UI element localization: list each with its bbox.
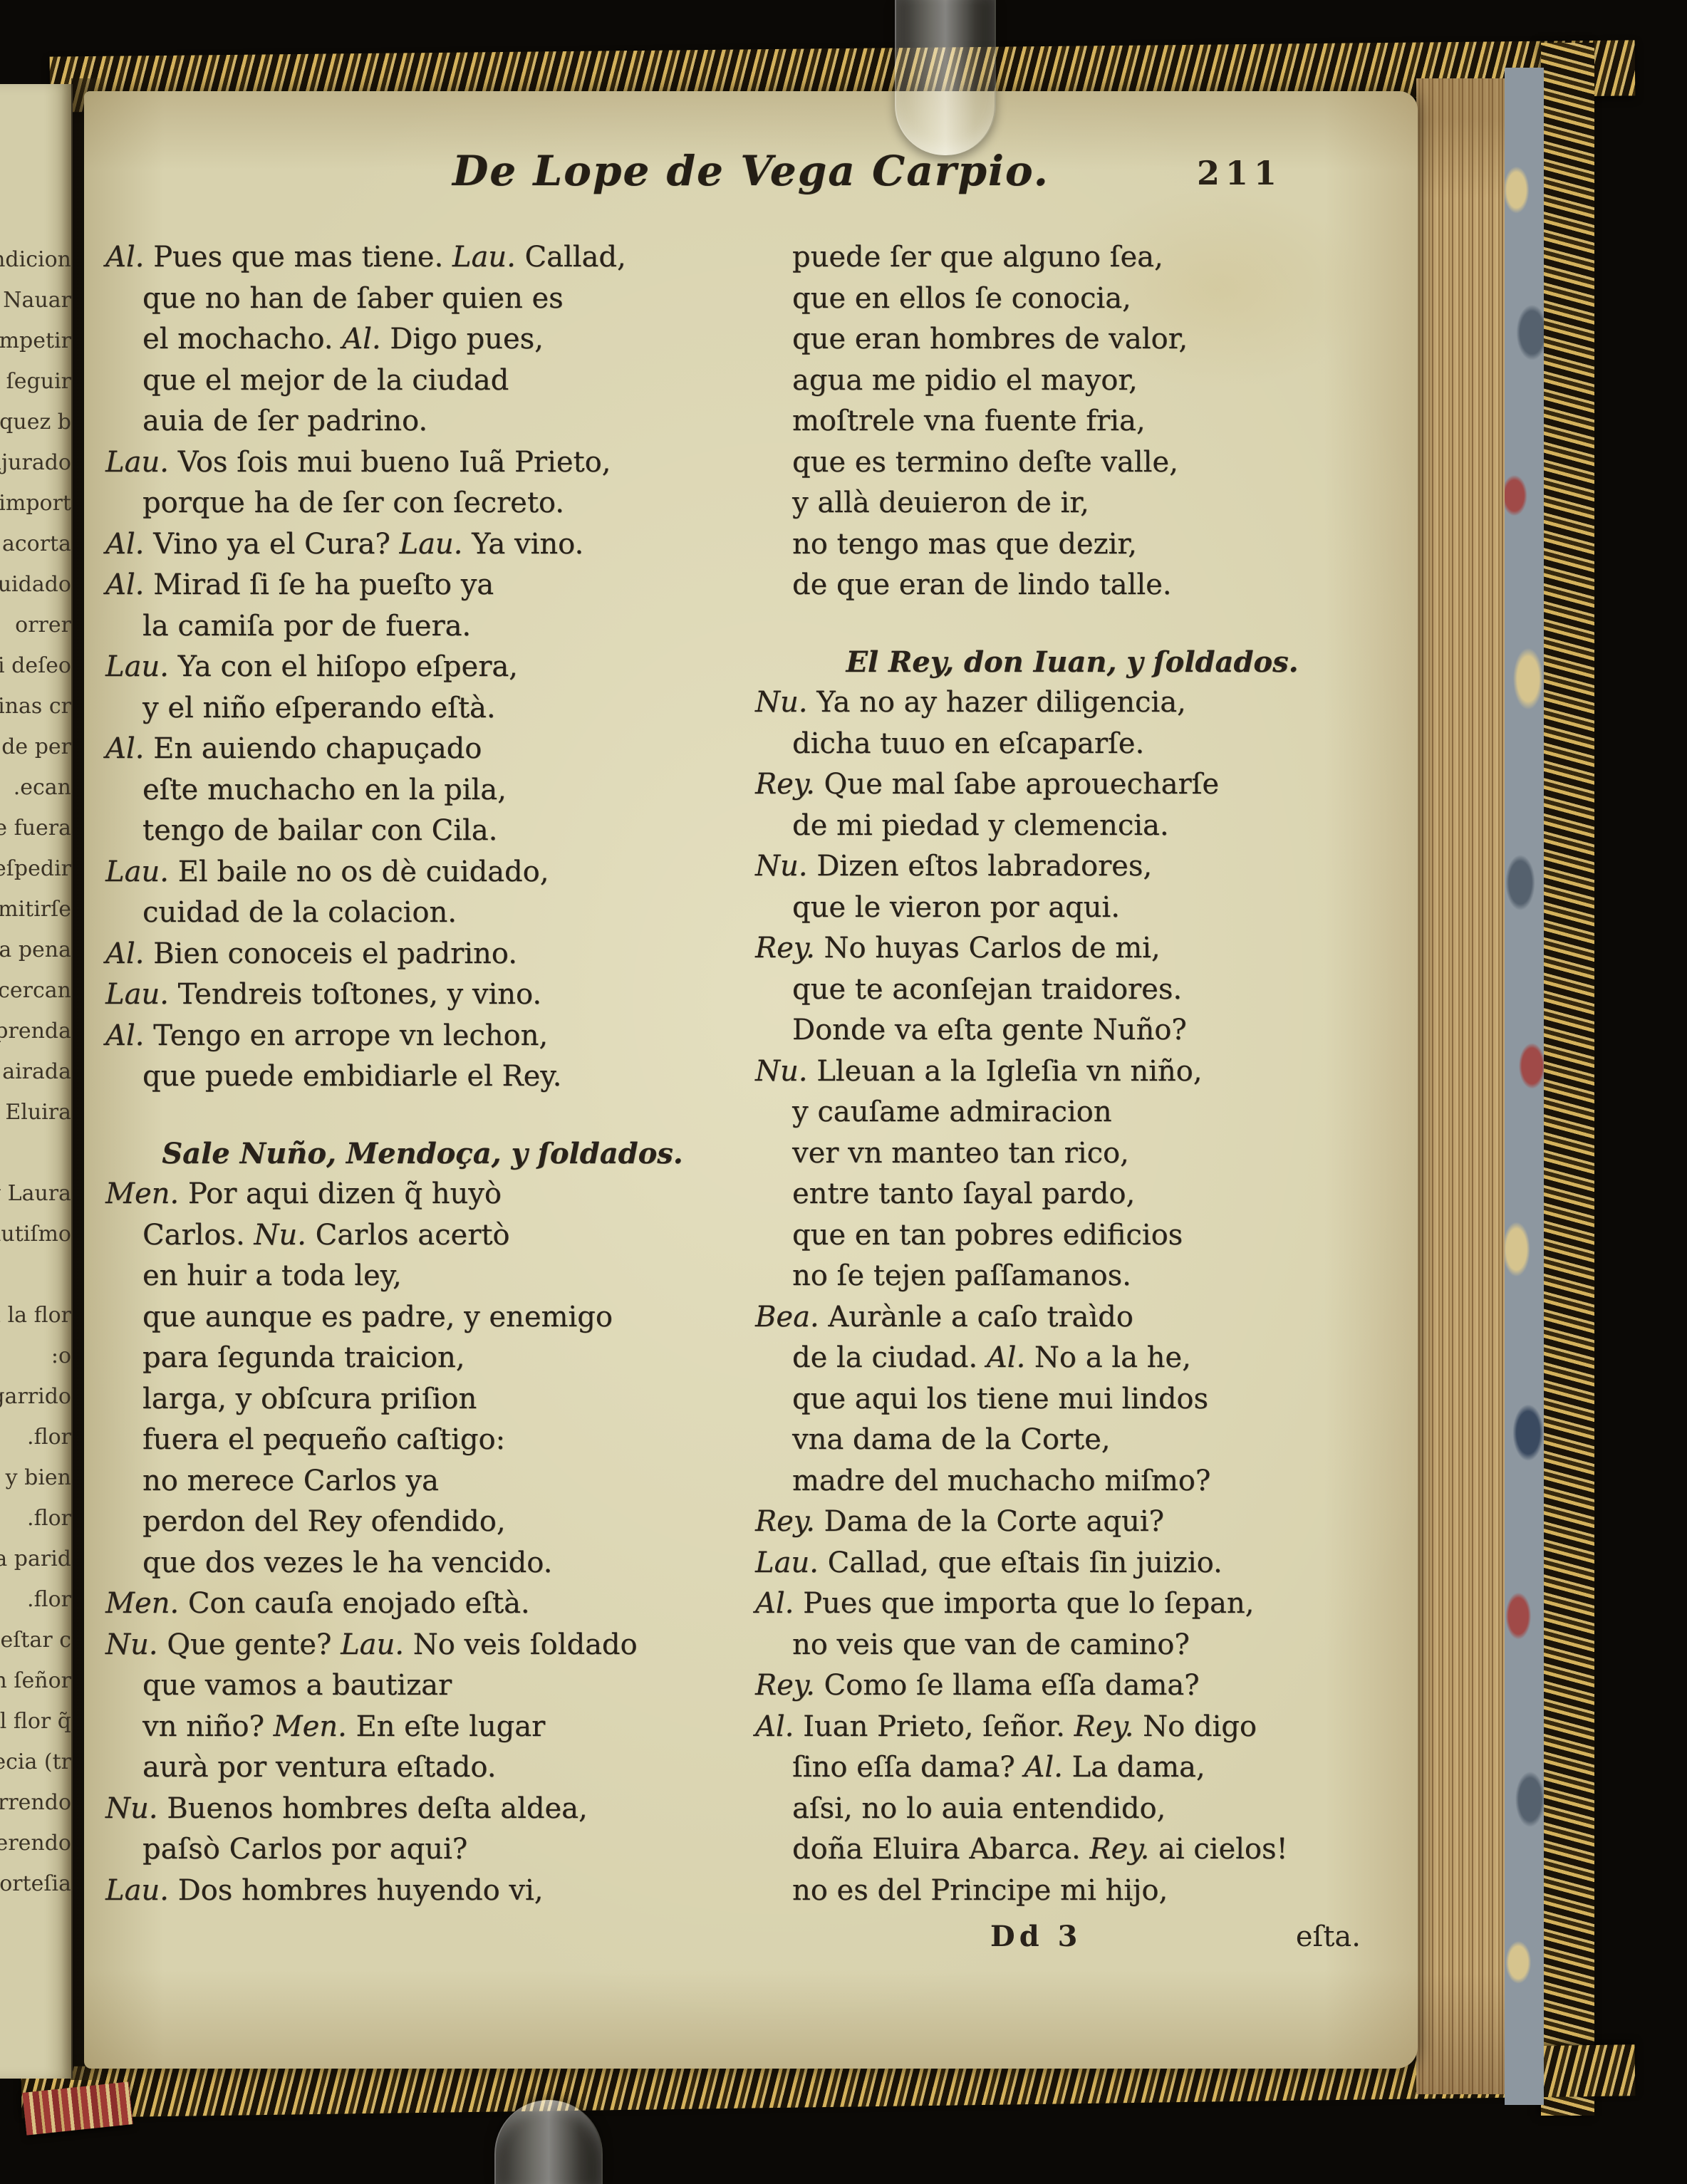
- verse-text: que eran hombres de valor,: [792, 323, 1188, 355]
- verse-text: rtenecia (tr: [0, 1749, 71, 1774]
- verse-line: que en ellos ſe conocia,: [755, 279, 1389, 320]
- verse-line: perdon del Rey ofendido,: [105, 1502, 739, 1543]
- verse-text: ue a eſtar c: [0, 1628, 71, 1653]
- book-strap-top: [895, 0, 996, 155]
- facing-page-text-fragment: iura Eluira: [0, 1092, 73, 1133]
- verse-text: de la ciudad.: [792, 1341, 987, 1374]
- verse-text: no ſe tejen paſſamanos.: [792, 1259, 1131, 1292]
- verse-text: que vamos a bautizar: [142, 1669, 452, 1702]
- facing-page-text-fragment: mi deſeo.: [0, 645, 73, 686]
- verse-text: flor.: [27, 1587, 71, 1612]
- speaker-label: Rey.: [755, 768, 815, 801]
- verse-text: que en ellos ſe conocia,: [792, 282, 1131, 315]
- verse-line: agua me pidio el mayor,: [755, 360, 1389, 402]
- facing-page-text-fragment: ſtà en Nauar: [0, 280, 73, 321]
- verse-line: que aqui los tiene mui lindos: [755, 1379, 1389, 1420]
- verse-text: no tengo mas que dezir,: [792, 528, 1137, 561]
- speaker-label: ecan.: [14, 775, 71, 800]
- speaker-label: Men.: [105, 1177, 179, 1210]
- verse-line: ver vn manteo tan rico,: [755, 1133, 1389, 1175]
- verse-text: que aunque es padre, y enemigo: [142, 1301, 613, 1333]
- verse-line: eſte muchacho en la pila,: [105, 770, 739, 811]
- verse-text: Vos ſois mui bueno Iuã Prieto,: [169, 446, 611, 479]
- verse-text: No huyas Carlos de mi,: [815, 932, 1161, 964]
- facing-page-text-fragment: Enriquez b: [0, 402, 73, 442]
- facing-page-text-fragment: euerendo,: [0, 1823, 73, 1863]
- speaker-label: Al.: [105, 528, 144, 561]
- verse-line: no tengo mas que dezir,: [755, 524, 1389, 566]
- verse-text: que puede embidiarle el Rey.: [142, 1060, 561, 1093]
- facing-page-text-fragment: n garrido.: [0, 1376, 73, 1417]
- verse-text: Por aqui dizen q̃ huyò: [179, 1177, 502, 1210]
- verse-line: cuidad de la colacion.: [105, 893, 739, 934]
- verse-text: No veis ſoldado: [404, 1628, 638, 1661]
- verse-text: y allà deuieron de ir,: [792, 487, 1089, 519]
- verse-line: Lau. Callad, que eſtais ſin juizio.: [755, 1543, 1389, 1584]
- facing-page-text-fragment: o:: [0, 1336, 73, 1376]
- verse-text: que le vieron por aqui.: [792, 891, 1120, 924]
- verse-text: que no han de ſaber quien es: [142, 282, 564, 315]
- speaker-label: Rey.: [755, 1669, 815, 1702]
- facing-page-text-fragment: rmitirſe: [0, 889, 73, 930]
- facing-page-text-fragment: ompetir,: [0, 321, 73, 361]
- verse-text: que en tan pobres edificios: [792, 1219, 1183, 1252]
- verse-line: que le vieron por aqui.: [755, 888, 1389, 929]
- verse-line: no ſe tejen paſſamanos.: [755, 1256, 1389, 1297]
- verse-line: Nu. Que gente? Lau. No veis ſoldado: [105, 1625, 739, 1666]
- verse-line: Rey. No huyas Carlos de mi,: [755, 928, 1389, 969]
- facing-page-text-fragment: e cercan,: [0, 970, 73, 1011]
- verse-line: para ſegunda traicion,: [105, 1338, 739, 1379]
- verse-text: Dos hombres huyendo vi,: [169, 1874, 544, 1907]
- facing-page-text-fragment: ra deſpedir: [0, 848, 73, 889]
- verse-text: onjurado: [0, 450, 71, 475]
- speaker-label: Al.: [105, 732, 144, 765]
- verse-text: figue fuera,: [0, 816, 71, 841]
- verse-line: la camiſa por de fuera.: [105, 606, 739, 648]
- verse-text: Ya no ay hazer diligencia,: [807, 686, 1185, 719]
- speaker-label: Nu.: [105, 1628, 157, 1661]
- verse-line: que vamos a bautizar: [105, 1665, 739, 1707]
- verse-line: Men. Por aqui dizen q̃ huyò: [105, 1174, 739, 1215]
- verse-line: Al. Mirad ſi ſe ha pueſto ya: [105, 565, 739, 606]
- page-stack-fore-edge: [1416, 78, 1505, 2094]
- facing-page-text-fragment: amainas cr: [0, 686, 73, 727]
- verse-text: Con cauſa enojado eſtà.: [179, 1587, 530, 1620]
- verse-text: y el niño eſperando eſtà.: [142, 692, 496, 724]
- speaker-label: Rey.: [755, 1505, 815, 1538]
- verse-line: que te aconſejan traidores.: [755, 969, 1389, 1011]
- verse-line: tengo de bailar con Cila.: [105, 811, 739, 852]
- verse-text: Lleuan a la Igleſia vn niño,: [807, 1055, 1202, 1088]
- speaker-label: Rey.: [1074, 1710, 1134, 1743]
- verse-text: Dizen eſtos labradores,: [807, 850, 1152, 883]
- verse-text: cuidad de la colacion.: [142, 896, 457, 929]
- verse-line: Lau. Vos ſois mui bueno Iuã Prieto,: [105, 442, 739, 484]
- verse-text: agua me pidio el mayor,: [792, 364, 1138, 397]
- verse-text: Callad, que eſtais ſin juizio.: [819, 1546, 1223, 1579]
- verse-text: flor.: [27, 1506, 71, 1531]
- verse-text: puede ſer que alguno ſea,: [792, 241, 1163, 274]
- verse-text: En auiendo chapuçado: [144, 732, 482, 765]
- verse-text: Aurànle a caſo traìdo: [819, 1301, 1133, 1333]
- verse-text: No a la he,: [1025, 1341, 1191, 1374]
- verse-text: Buenos hombres deſta aldea,: [157, 1792, 587, 1825]
- verse-line: paſsò Carlos por aqui?: [105, 1829, 739, 1871]
- verse-line: el mochacho. Al. Digo pues,: [105, 319, 739, 360]
- verse-line: de mi piedad y clemencia.: [755, 806, 1389, 847]
- facing-page-text-fragment: ceſſo acorta: [0, 524, 73, 564]
- facing-page-text-fragment: nas de per: [0, 727, 73, 767]
- verse-text: Carlos.: [142, 1219, 254, 1252]
- speaker-label: Lau.: [105, 856, 169, 888]
- facing-page-text-fragment: y Laura: [0, 1173, 73, 1214]
- verse-line: doña Eluira Abarca. Rey. ai cielos!: [755, 1829, 1389, 1871]
- verse-text: Tengo en arrope vn lechon,: [144, 1019, 548, 1052]
- verse-text: aurà por ventura eſtado.: [142, 1751, 496, 1784]
- speaker-label: Nu.: [755, 850, 807, 883]
- facing-page-text-fragment: mi cuidado,: [0, 564, 73, 605]
- verse-text: horrendo,: [0, 1790, 71, 1815]
- facing-page-text-fragment: o no import: [0, 483, 73, 524]
- speaker-label: Rey.: [755, 932, 815, 964]
- verse-text: ai cielos!: [1149, 1833, 1287, 1866]
- verse-text: Donde va eſta gente Nuño?: [792, 1014, 1187, 1046]
- page-header: De Lope de Vega Carpio. 211: [84, 147, 1418, 211]
- verse-gap: [755, 606, 1389, 642]
- facing-page-text-fragment: horrendo,: [0, 1782, 73, 1823]
- verse-text: a de ſeguir,: [0, 369, 71, 394]
- verse-line: de que eran de lindo talle.: [755, 565, 1389, 606]
- verse-line: no es del Principe mi hijo,: [755, 1871, 1389, 1912]
- verse-line: Al. Pues que mas tiene. Lau. Callad,: [105, 237, 739, 279]
- verse-text: Pues que importa que lo ſepan,: [794, 1587, 1254, 1620]
- speaker-label: Al.: [755, 1710, 794, 1743]
- speaker-label: Al.: [105, 1019, 144, 1052]
- verse-line: no veis que van de camino?: [755, 1625, 1389, 1666]
- verse-line: aſsi, no lo auia entendido,: [755, 1789, 1389, 1830]
- verse-line: vn niño? Men. En eſte lugar: [105, 1707, 739, 1748]
- verse-text: doña Eluira Abarca.: [792, 1833, 1089, 1866]
- verse-text: ra deſpedir: [0, 856, 71, 881]
- verse-line: que el mejor de la ciudad: [105, 360, 739, 402]
- stage-direction: El Rey, don Iuan, y ſoldados.: [755, 642, 1389, 683]
- signature-row: Dd 3eſta.: [755, 1915, 1389, 1958]
- verse-text: madre del muchacho miſmo?: [792, 1465, 1210, 1497]
- gathering-signature: Dd 3: [990, 1915, 1081, 1958]
- verse-line: y el niño eſperando eſtà.: [105, 688, 739, 729]
- verse-line: dicha tuuo en eſcaparſe.: [755, 724, 1389, 765]
- facing-page-fragments: condicionſtà en Nauarompetir,a de ſeguir…: [0, 84, 73, 1904]
- verse-line: Men. Con cauſa enojado eſtà.: [105, 1584, 739, 1625]
- verse-text: y cauſame admiracion: [792, 1096, 1111, 1128]
- facing-page-text-fragment: una airada: [0, 1051, 73, 1092]
- verse-text: euerendo,: [0, 1831, 71, 1856]
- speaker-label: Al.: [987, 1341, 1025, 1374]
- column-left: Al. Pues que mas tiene. Lau. Callad,que …: [105, 237, 739, 1958]
- facing-page-text-fragment: [0, 1254, 73, 1295]
- verse-line: Al. Vino ya el Cura? Lau. Ya vino.: [105, 524, 739, 566]
- facing-page-text-fragment: flor.: [0, 1498, 73, 1539]
- speaker-label: Lau.: [452, 241, 516, 274]
- facing-page-text-fragment: flor.: [0, 1417, 73, 1457]
- verse-text: flor.: [27, 1425, 71, 1450]
- verse-text: eſte muchacho en la pila,: [142, 774, 507, 806]
- speaker-label: Sale Nuño, Mendoça, y ſoldados.: [162, 1137, 682, 1170]
- facing-page-text-fragment: figue fuera,: [0, 808, 73, 848]
- verse-text: no merece Carlos ya: [142, 1465, 439, 1497]
- verse-text: Bien conoceis el padrino.: [144, 937, 517, 970]
- facing-page-text-fragment: corteſia.: [0, 1863, 73, 1904]
- verse-line: Nu. Buenos hombres deſta aldea,: [105, 1789, 739, 1830]
- verse-line: no merece Carlos ya: [105, 1461, 739, 1502]
- facing-page-text-fragment: rtenecia (tr: [0, 1742, 73, 1782]
- page-number: 211: [1197, 154, 1282, 192]
- verse-text: no es del Principe mi hijo,: [792, 1874, 1168, 1907]
- speaker-label: y Laura: [0, 1181, 71, 1206]
- facing-page-text-fragment: onjurado: [0, 442, 73, 483]
- verse-line: Rey. Como ſe llama eſſa dama?: [755, 1665, 1389, 1707]
- verse-text: ver vn manteo tan rico,: [792, 1137, 1129, 1170]
- verse-text: La dama,: [1063, 1751, 1205, 1784]
- verse-line: Donde va eſta gente Nuño?: [755, 1010, 1389, 1051]
- verse-text: Vino ya el Cura?: [144, 528, 399, 561]
- text-columns: Al. Pues que mas tiene. Lau. Callad,que …: [105, 237, 1402, 1958]
- facing-page-text-fragment: [0, 1133, 73, 1173]
- verse-text: vna dama de la Corte,: [792, 1423, 1110, 1456]
- verse-text: ſe lleua la flor: [0, 1303, 71, 1328]
- facing-page-text-fragment: le ha parid: [0, 1539, 73, 1579]
- verse-text: mi cuidado,: [0, 572, 71, 597]
- speaker-label: Men.: [274, 1710, 347, 1743]
- verse-text: larga, y obſcura priſion: [142, 1383, 477, 1415]
- verse-text: que dos vezes le ha vencido.: [142, 1546, 552, 1579]
- gilt-border-right: [1541, 43, 1594, 2116]
- speaker-label: Al.: [105, 568, 144, 601]
- verse-line: puede ſer que alguno ſea,: [755, 237, 1389, 279]
- verse-text: ompetir,: [0, 328, 71, 353]
- verse-line: vna dama de la Corte,: [755, 1420, 1389, 1461]
- verse-line: que eran hombres de valor,: [755, 319, 1389, 360]
- verse-text: n garrido.: [0, 1384, 71, 1409]
- verse-line: Bea. Aurànle a caſo traìdo: [755, 1297, 1389, 1338]
- verse-text: ſino eſſa dama?: [792, 1751, 1024, 1784]
- verse-text: Digo pues,: [381, 323, 544, 355]
- verse-line: entre tanto ſayal pardo,: [755, 1174, 1389, 1215]
- facing-page-text-fragment: a de ſeguir,: [0, 361, 73, 402]
- speaker-label: Al.: [755, 1587, 794, 1620]
- speaker-label: Lau.: [341, 1628, 404, 1661]
- verse-line: Al. En auiendo chapuçado: [105, 729, 739, 770]
- verse-text: ſtà en Nauar: [0, 288, 71, 313]
- verse-line: ſino eſſa dama? Al. La dama,: [755, 1747, 1389, 1789]
- verse-text: dicha tuuo en eſcaparſe.: [792, 727, 1144, 760]
- verse-line: aurà por ventura eſtado.: [105, 1747, 739, 1789]
- verse-line: Nu. Ya no ay hazer diligencia,: [755, 682, 1389, 724]
- speaker-label: El Rey, don Iuan, y ſoldados.: [846, 645, 1298, 679]
- verse-text: Dama de la Corte aqui?: [815, 1505, 1164, 1538]
- speaker-label: Al.: [1024, 1751, 1062, 1784]
- verse-text: Iuan Prieto, ſeñor.: [794, 1710, 1074, 1743]
- verse-text: que es termino deſte valle,: [792, 446, 1178, 479]
- verse-line: y allà deuieron de ir,: [755, 483, 1389, 524]
- speaker-label: Nu.: [755, 1055, 807, 1088]
- verse-text: iura Eluira: [0, 1100, 71, 1125]
- speaker-label: Lau.: [400, 528, 463, 561]
- verse-text: aſsi, no lo auia entendido,: [792, 1792, 1166, 1825]
- verse-text: Ya vino.: [462, 528, 583, 561]
- verse-text: Tendreis toſtones, y vino.: [169, 978, 541, 1011]
- verse-text: Callad,: [516, 241, 626, 274]
- verse-line: que en tan pobres edificios: [755, 1215, 1389, 1257]
- catchword: eſta.: [1296, 1915, 1361, 1958]
- verse-line: que puede embidiarle el Rey.: [105, 1056, 739, 1098]
- verse-line: Rey. Dama de la Corte aqui?: [755, 1502, 1389, 1543]
- facing-page-text-fragment: noſe, y bien: [0, 1457, 73, 1498]
- verse-text: leua'l flor q̃: [0, 1709, 71, 1734]
- verse-text: nas de per: [0, 734, 71, 759]
- column-right: puede ſer que alguno ſea,que en ellos ſe…: [755, 237, 1389, 1958]
- verse-line: fuera el pequeño caſtigo:: [105, 1420, 739, 1461]
- speaker-label: Bea.: [755, 1301, 819, 1333]
- verse-line: Al. Iuan Prieto, ſeñor. Rey. No digo: [755, 1707, 1389, 1748]
- verse-line: Lau. Dos hombres huyendo vi,: [105, 1871, 739, 1912]
- verse-text: le ha parid: [0, 1546, 71, 1571]
- verse-text: auia de ſer padrino.: [142, 405, 427, 437]
- facing-page-text-fragment: s mi prenda: [0, 1011, 73, 1051]
- verse-text: la camiſa por de fuera.: [142, 610, 471, 643]
- book-page: De Lope de Vega Carpio. 211 Al. Pues que…: [84, 91, 1418, 2069]
- verse-line: y cauſame admiracion: [755, 1092, 1389, 1133]
- verse-text: condicion: [0, 247, 71, 272]
- verse-line: de la ciudad. Al. No a la he,: [755, 1338, 1389, 1379]
- verse-line: en huir a toda ley,: [105, 1256, 739, 1297]
- verse-text: ceſſo acorta: [0, 531, 71, 556]
- book-photograph: condicionſtà en Nauarompetir,a de ſeguir…: [0, 0, 1687, 2184]
- verse-line: Nu. Dizen eſtos labradores,: [755, 846, 1389, 888]
- verse-text: o:: [51, 1343, 71, 1368]
- verse-line: madre del muchacho miſmo?: [755, 1461, 1389, 1502]
- verse-text: paſsò Carlos por aqui?: [142, 1833, 467, 1866]
- speaker-label: Al.: [105, 241, 144, 274]
- verse-text: para ſegunda traicion,: [142, 1341, 465, 1374]
- verse-text: s mi prenda: [0, 1019, 71, 1044]
- verse-text: vn niño?: [142, 1710, 274, 1743]
- verse-line: larga, y obſcura priſion: [105, 1379, 739, 1420]
- verse-text: no veis que van de camino?: [792, 1628, 1190, 1661]
- speaker-label: Nu.: [254, 1219, 306, 1252]
- verse-text: [64, 1262, 71, 1287]
- facing-page-text-fragment: leua'l flor q̃: [0, 1701, 73, 1742]
- verse-text: Que gente?: [157, 1628, 341, 1661]
- verse-text: Enriquez b: [0, 410, 71, 435]
- speaker-label: Lau.: [105, 978, 169, 1011]
- verse-text: que te aconſejan traidores.: [792, 973, 1182, 1006]
- verse-text: Ya con el hiſopo eſpera,: [169, 650, 518, 683]
- speaker-label: Rey.: [1089, 1833, 1149, 1866]
- speaker-label: Nu.: [755, 686, 807, 719]
- verse-text: o no import: [0, 491, 71, 516]
- speaker-label: Lau.: [105, 446, 169, 479]
- verse-text: tengo de bailar con Cila.: [142, 814, 497, 847]
- verse-text: corteſia.: [0, 1871, 71, 1896]
- stage-direction: Sale Nuño, Mendoça, y ſoldados.: [105, 1133, 739, 1175]
- verse-text: amainas cr: [0, 694, 71, 719]
- verse-line: porque ha de ſer con ſecreto.: [105, 483, 739, 524]
- facing-page-text-fragment: orrer: [0, 605, 73, 645]
- speaker-label: Lau.: [755, 1546, 819, 1579]
- facing-page-text-fragment: ue a eſtar c: [0, 1620, 73, 1660]
- speaker-label: Lau.: [105, 650, 169, 683]
- verse-line: Carlos. Nu. Carlos acertò: [105, 1215, 739, 1257]
- speaker-label: Men.: [105, 1587, 179, 1620]
- facing-page-text-fragment: condicion: [0, 239, 73, 280]
- verse-text: entre tanto ſayal pardo,: [792, 1177, 1135, 1210]
- facing-page-text-fragment: l bautiſmo.: [0, 1214, 73, 1254]
- verse-text: mi deſeo.: [0, 653, 71, 678]
- verse-line: Nu. Lleuan a la Igleſia vn niño,: [755, 1051, 1389, 1093]
- verse-text: n ſeñor.: [0, 1668, 71, 1693]
- verse-line: que aunque es padre, y enemigo: [105, 1297, 739, 1338]
- verse-text: que aqui los tiene mui lindos: [792, 1383, 1208, 1415]
- verse-text: Mirad ſi ſe ha pueſto ya: [144, 568, 494, 601]
- verse-text: tanta pena: [0, 937, 71, 962]
- book-strap-bottom: [494, 2100, 603, 2184]
- verse-gap: [105, 1098, 739, 1133]
- facing-page-text-fragment: ſe lleua la flor: [0, 1295, 73, 1336]
- verse-line: moſtrele vna fuente fria,: [755, 401, 1389, 442]
- verse-text: En eſte lugar: [347, 1710, 545, 1743]
- verse-text: orrer: [15, 613, 71, 638]
- verse-text: fuera el pequeño caſtigo:: [142, 1423, 505, 1456]
- speaker-label: l bautiſmo.: [0, 1222, 71, 1247]
- marbled-endpaper-strip: [1505, 68, 1544, 2105]
- verse-text: rmitirſe: [0, 897, 71, 922]
- verse-text: porque ha de ſer con ſecreto.: [142, 487, 564, 519]
- speaker-label: Al.: [105, 937, 144, 970]
- verse-text: perdon del Rey ofendido,: [142, 1505, 506, 1538]
- verse-text: que el mejor de la ciudad: [142, 364, 509, 397]
- verse-line: Al. Bien conoceis el padrino.: [105, 934, 739, 975]
- verse-text: en huir a toda ley,: [142, 1259, 402, 1292]
- facing-page-text-fragment: n ſeñor.: [0, 1660, 73, 1701]
- verse-text: Como ſe llama eſſa dama?: [815, 1669, 1200, 1702]
- verse-line: Lau. El baile no os dè cuidado,: [105, 852, 739, 893]
- verse-text: de que eran de lindo talle.: [792, 568, 1172, 601]
- verse-line: que no han de ſaber quien es: [105, 279, 739, 320]
- verse-line: Al. Tengo en arrope vn lechon,: [105, 1016, 739, 1057]
- facing-page-text-fragment: flor.: [0, 1579, 73, 1620]
- verse-text: de mi piedad y clemencia.: [792, 809, 1169, 842]
- verse-line: que dos vezes le ha vencido.: [105, 1543, 739, 1584]
- facing-page-text-fragment: ecan.: [0, 767, 73, 808]
- verse-line: auia de ſer padrino.: [105, 401, 739, 442]
- speaker-label: Lau.: [105, 1874, 169, 1907]
- verse-text: noſe, y bien: [0, 1465, 71, 1490]
- verse-text: Pues que mas tiene.: [144, 241, 452, 274]
- verse-text: una airada: [0, 1059, 71, 1084]
- speaker-label: Al.: [342, 323, 380, 355]
- verse-line: que es termino deſte valle,: [755, 442, 1389, 484]
- verse-text: e cercan,: [0, 978, 71, 1003]
- verse-text: [64, 1140, 71, 1165]
- verse-text: moſtrele vna fuente fria,: [792, 405, 1146, 437]
- verse-line: Lau. Tendreis toſtones, y vino.: [105, 974, 739, 1016]
- verse-text: el mochacho.: [142, 323, 342, 355]
- speaker-label: Nu.: [105, 1792, 157, 1825]
- verse-text: El baile no os dè cuidado,: [169, 856, 549, 888]
- facing-page-sliver: condicionſtà en Nauarompetir,a de ſeguir…: [0, 84, 73, 2079]
